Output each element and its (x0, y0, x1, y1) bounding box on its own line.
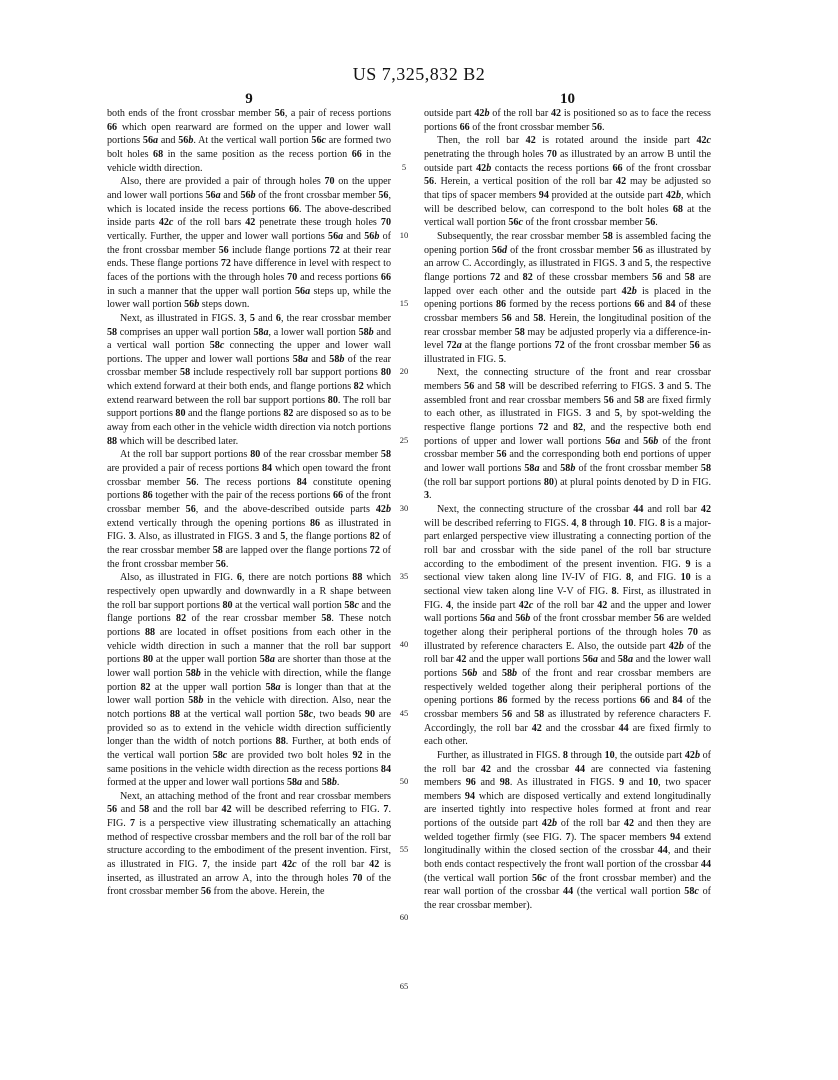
line-number: 50 (393, 776, 415, 786)
line-number: 15 (393, 298, 415, 308)
line-number: 45 (393, 708, 415, 718)
paragraph: Next, the connecting structure of the fr… (424, 366, 711, 503)
paragraph: Subsequently, the rear crossbar member 5… (424, 230, 711, 367)
patent-number: US 7,325,832 B2 (0, 64, 838, 85)
paragraph: Next, the connecting structure of the cr… (424, 503, 711, 749)
line-number: 40 (393, 639, 415, 649)
paragraph: Then, the roll bar 42 is rotated around … (424, 134, 711, 230)
line-number: 60 (393, 912, 415, 922)
line-number: 5 (393, 162, 415, 172)
paragraph: At the roll bar support portions 80 of t… (107, 448, 391, 571)
line-number: 30 (393, 503, 415, 513)
paragraph: both ends of the front crossbar member 5… (107, 107, 391, 175)
paragraph: Further, as illustrated in FIGS. 8 throu… (424, 749, 711, 913)
line-number: 25 (393, 435, 415, 445)
column-number-right: 10 (424, 91, 711, 108)
line-number: 55 (393, 844, 415, 854)
line-number: 10 (393, 230, 415, 240)
paragraph: Next, an attaching method of the front a… (107, 790, 391, 899)
paragraph: Also, as illustrated in FIG. 6, there ar… (107, 571, 391, 790)
line-number: 65 (393, 981, 415, 991)
text-column-left: both ends of the front crossbar member 5… (107, 107, 391, 899)
column-number-left: 9 (107, 91, 391, 108)
line-number: 20 (393, 366, 415, 376)
line-number-gutter: 5101520253035404550556065 (393, 0, 415, 1080)
paragraph: Also, there are provided a pair of throu… (107, 175, 391, 312)
line-number: 35 (393, 571, 415, 581)
paragraph: Next, as illustrated in FIGS. 3, 5 and 6… (107, 312, 391, 449)
paragraph: outside part 42b of the roll bar 42 is p… (424, 107, 711, 134)
text-column-right: outside part 42b of the roll bar 42 is p… (424, 107, 711, 913)
